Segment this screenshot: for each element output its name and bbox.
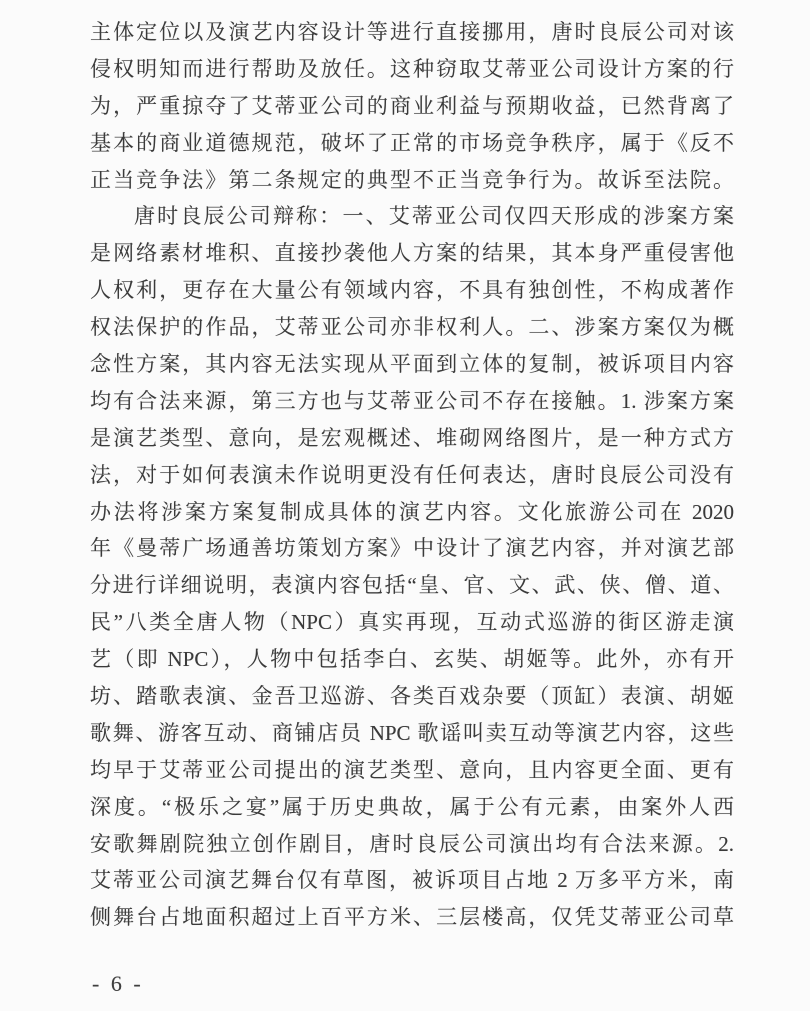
text-line-3: 为，严重掠夺了艾蒂亚公司的商业利益与预期收益，已然背离了 (90, 88, 734, 125)
text-line-22: 深度。“极乐之宴”属于历史典故，属于公有元素，由案外人西 (90, 789, 734, 826)
document-page: 主体定位以及演艺内容设计等进行直接挪用，唐时良辰公司对该侵权明知而进行帮助及放任… (0, 0, 810, 1011)
text-line-23: 安歌舞剧院独立创作剧目，唐时良辰公司演出均有合法来源。2. (90, 826, 734, 863)
text-line-12: 是演艺类型、意向，是宏观概述、堆砌网络图片，是一种方式方 (90, 420, 734, 457)
text-line-10: 念性方案，其内容无法实现从平面到立体的复制，被诉项目内容 (90, 346, 734, 383)
text-line-21: 均早于艾蒂亚公司提出的演艺类型、意向，且内容更全面、更有 (90, 752, 734, 789)
text-line-2: 侵权明知而进行帮助及放任。这种窃取艾蒂亚公司设计方案的行 (90, 51, 734, 88)
text-line-16: 分进行详细说明，表演内容包括“皇、官、文、武、侠、僧、道、 (90, 567, 734, 604)
document-body: 主体定位以及演艺内容设计等进行直接挪用，唐时良辰公司对该侵权明知而进行帮助及放任… (90, 14, 734, 936)
text-line-20: 歌舞、游客互动、商铺店员 NPC 歌谣叫卖互动等演艺内容，这些 (90, 715, 734, 752)
text-line-1: 主体定位以及演艺内容设计等进行直接挪用，唐时良辰公司对该 (90, 14, 734, 51)
text-line-13: 法，对于如何表演未作说明更没有任何表达，唐时良辰公司没有 (90, 457, 734, 494)
text-line-25: 侧舞台占地面积超过上百平方米、三层楼高，仅凭艾蒂亚公司草 (90, 899, 734, 936)
text-line-9: 权法保护的作品，艾蒂亚公司亦非权利人。二、涉案方案仅为概 (90, 309, 734, 346)
text-line-17: 民”八类全唐人物（NPC）真实再现，互动式巡游的街区游走演 (90, 604, 734, 641)
text-line-18: 艺（即 NPC），人物中包括李白、玄奘、胡姬等。此外，亦有开 (90, 641, 734, 678)
text-line-19: 坊、踏歌表演、金吾卫巡游、各类百戏杂要（顶缸）表演、胡姬 (90, 678, 734, 715)
text-line-4: 基本的商业道德规范，破坏了正常的市场竞争秩序，属于《反不 (90, 125, 734, 162)
page-number: - 6 - (92, 971, 144, 997)
text-line-11: 均有合法来源，第三方也与艾蒂亚公司不存在接触。1. 涉案方案 (90, 383, 734, 420)
text-line-8: 人权利，更存在大量公有领域内容，不具有独创性，不构成著作 (90, 272, 734, 309)
text-line-7: 是网络素材堆积、直接抄袭他人方案的结果，其本身严重侵害他 (90, 235, 734, 272)
text-line-6: 唐时良辰公司辩称：一、艾蒂亚公司仅四天形成的涉案方案 (90, 198, 734, 235)
text-line-5: 正当竞争法》第二条规定的典型不正当竞争行为。故诉至法院。 (90, 162, 734, 199)
text-line-24: 艾蒂亚公司演艺舞台仅有草图，被诉项目占地 2 万多平方米，南 (90, 862, 734, 899)
text-line-15: 年《曼蒂广场通善坊策划方案》中设计了演艺内容，并对演艺部 (90, 530, 734, 567)
text-line-14: 办法将涉案方案复制成具体的演艺内容。文化旅游公司在 2020 (90, 494, 734, 531)
